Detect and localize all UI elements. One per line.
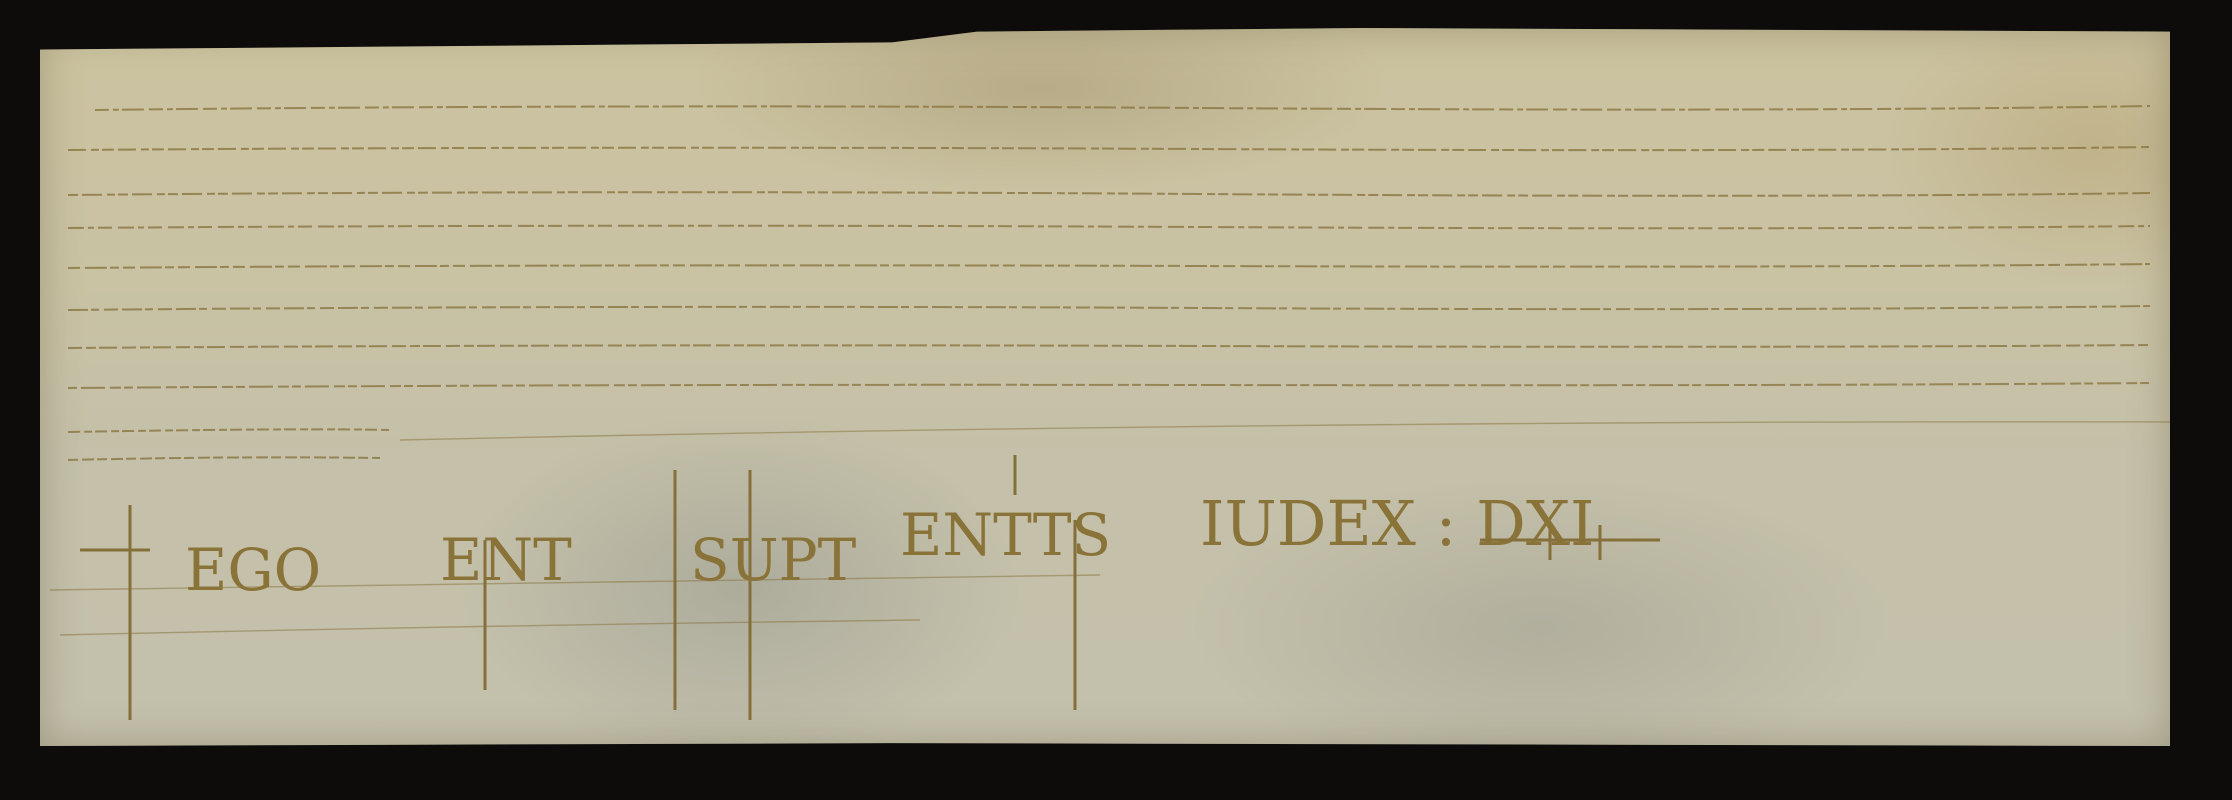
svg-text:EGO: EGO [185,536,321,604]
svg-text:ENTTS: ENTTS [900,501,1111,569]
svg-text:SUPT: SUPT [690,526,857,594]
handwritten-script: EGO ENT SUPT ENTTS IUDEX : DXI [0,0,2232,800]
svg-text:IUDEX : DXI: IUDEX : DXI [1200,487,1595,560]
text-lines [68,106,2150,460]
svg-text:ENT: ENT [440,526,572,594]
signatures: EGO ENT SUPT ENTTS IUDEX : DXI [80,455,1660,720]
